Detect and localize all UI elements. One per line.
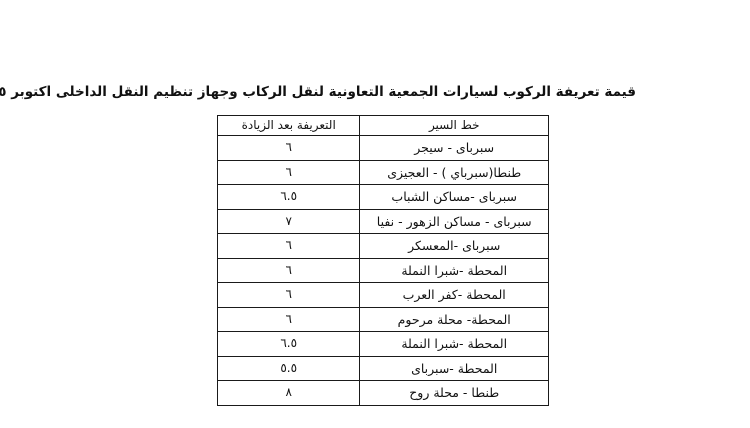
- table-row: المحطة -سبرباى ٥.٥: [218, 356, 549, 381]
- fare-cell: ٦: [218, 283, 360, 308]
- table-row: طنطا(سبرباي ) - العجيزى ٦: [218, 160, 549, 185]
- document-title: قيمة تعريفة الركوب لسيارات الجمعية التعا…: [96, 81, 636, 103]
- route-cell: المحطة -سبرباى: [360, 356, 549, 381]
- fare-cell: ٦: [218, 160, 360, 185]
- table-row: سبرباى -مساكن الشباب ٦.٥: [218, 185, 549, 210]
- table-header-row: خط السير التعريفة بعد الزيادة: [218, 116, 549, 136]
- table-row: المحطة -شبرا النملة ٦: [218, 258, 549, 283]
- route-cell: سبرباى - سيجر: [360, 136, 549, 161]
- route-cell: المحطة- محلة مرحوم: [360, 307, 549, 332]
- fare-cell: ٦.٥: [218, 332, 360, 357]
- header-route: خط السير: [360, 116, 549, 136]
- fare-cell: ٦: [218, 307, 360, 332]
- fare-cell: ٦: [218, 258, 360, 283]
- table-row: سبرباى - سيجر ٦: [218, 136, 549, 161]
- table-row: المحطة -كفر العرب ٦: [218, 283, 549, 308]
- route-cell: سبرباى -المعسكر: [360, 234, 549, 259]
- route-cell: سبرباى -مساكن الشباب: [360, 185, 549, 210]
- fare-cell: ٦: [218, 234, 360, 259]
- fare-cell: ٥.٥: [218, 356, 360, 381]
- header-fare: التعريفة بعد الزيادة: [218, 116, 360, 136]
- route-cell: المحطة -شبرا النملة: [360, 332, 549, 357]
- route-cell: طنطا(سبرباي ) - العجيزى: [360, 160, 549, 185]
- route-cell: سبرباى - مساكن الزهور - نفيا: [360, 209, 549, 234]
- fare-cell: ٦: [218, 136, 360, 161]
- fare-table: خط السير التعريفة بعد الزيادة سبرباى - س…: [217, 115, 549, 406]
- table-row: سبرباى -المعسكر ٦: [218, 234, 549, 259]
- table-row: المحطة -شبرا النملة ٦.٥: [218, 332, 549, 357]
- fare-cell: ٦.٥: [218, 185, 360, 210]
- table-row: المحطة- محلة مرحوم ٦: [218, 307, 549, 332]
- route-cell: طنطا - محلة روح: [360, 381, 549, 406]
- route-cell: المحطة -شبرا النملة: [360, 258, 549, 283]
- fare-cell: ٧: [218, 209, 360, 234]
- fare-cell: ٨: [218, 381, 360, 406]
- route-cell: المحطة -كفر العرب: [360, 283, 549, 308]
- table-row: سبرباى - مساكن الزهور - نفيا ٧: [218, 209, 549, 234]
- table-row: طنطا - محلة روح ٨: [218, 381, 549, 406]
